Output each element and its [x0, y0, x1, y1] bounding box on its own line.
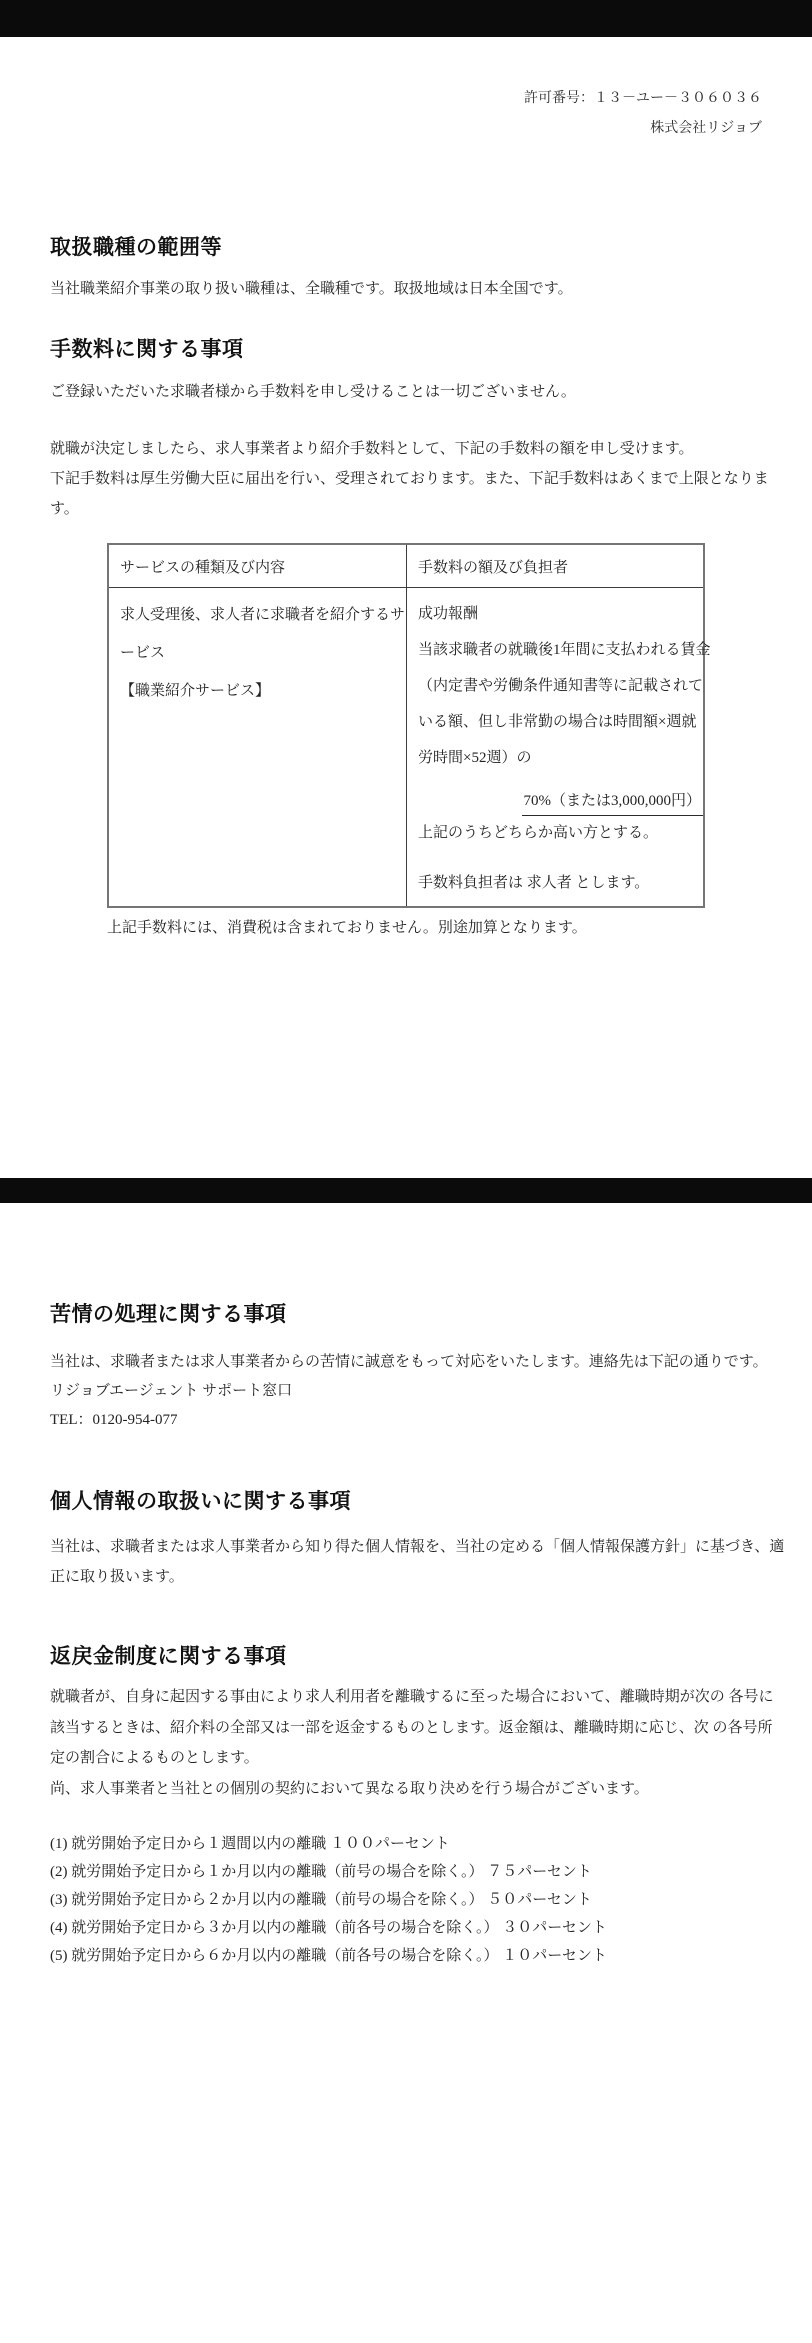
- fee-table-amount-cell: 成功報酬 当該求職者の就職後1年間に支払われる賃金 （内定書や労働条件通知書等に…: [407, 588, 703, 906]
- section-title-scope: 取扱職種の範囲等: [50, 231, 222, 261]
- service-line: 【職業紹介サービス】: [120, 672, 406, 710]
- fee-table-body-row: 求人受理後、求人者に求職者を紹介するサ ービス 【職業紹介サービス】 成功報酬 …: [109, 588, 703, 906]
- refund-item: (5) 就労開始予定日から６か月以内の離職（前各号の場合を除く。） １０パーセン…: [50, 1942, 607, 1970]
- service-line: ービス: [120, 634, 406, 672]
- permit-number: 許可番号：１３－ユー－３０６０３６: [524, 84, 762, 114]
- section-title-refund: 返戻金制度に関する事項: [50, 1640, 287, 1670]
- fee-table-header-service: サービスの種類及び内容: [109, 545, 407, 587]
- fees-paragraph-line1: 就職が決定しましたら、求人事業者より紹介手数料として、下記の手数料の額を申し受け…: [50, 434, 769, 464]
- fee-payer: 手数料負担者は 求人者 とします。: [418, 872, 703, 894]
- fee-line: いる額、但し非常勤の場合は時間額×週就: [418, 704, 703, 740]
- fee-table-header-amount: 手数料の額及び負担者: [407, 545, 703, 587]
- fee-table-note: 上記手数料には、消費税は含まれておりません。別途加算となります。: [107, 916, 587, 937]
- company-name: 株式会社リジョブ: [524, 114, 762, 144]
- scope-body: 当社職業紹介事業の取り扱い職種は、全職種です。取扱地域は日本全国です。: [50, 274, 573, 304]
- fee-rule: 上記のうちどちらか高い方とする。: [418, 816, 703, 850]
- refund-item: (2) 就労開始予定日から１か月以内の離職（前号の場合を除く。） ７５パーセント: [50, 1858, 607, 1886]
- fee-rate-underlined: 70%（または3,000,000円）: [522, 790, 704, 816]
- complaints-contact-tel: TEL：0120-954-077: [50, 1406, 768, 1435]
- page-separator-middle: [0, 1178, 812, 1203]
- document-page: 許可番号：１３－ユー－３０６０３６ 株式会社リジョブ 取扱職種の範囲等 当社職業…: [0, 0, 812, 2343]
- refund-body: 就職者が、自身に起因する事由により求人利用者を離職するに至った場合において、離職…: [50, 1682, 773, 1804]
- page-separator-top: [0, 0, 812, 37]
- complaints-contact-name: リジョブエージェント サポート窓口: [50, 1377, 768, 1406]
- section-title-privacy: 個人情報の取扱いに関する事項: [50, 1485, 351, 1515]
- fee-line: （内定書や労働条件通知書等に記載されて: [418, 668, 703, 704]
- fees-paragraph-line3: す。: [50, 494, 769, 524]
- fee-table-header-row: サービスの種類及び内容 手数料の額及び負担者: [109, 545, 703, 588]
- fee-line: 当該求職者の就職後1年間に支払われる賃金: [418, 632, 703, 668]
- fees-paragraph-line2: 下記手数料は厚生労働大臣に届出を行い、受理されております。また、下記手数料はあく…: [50, 464, 769, 494]
- refund-body-line: 該当するときは、紹介料の全部又は一部を返金するものとします。返金額は、離職時期に…: [50, 1713, 773, 1744]
- refund-item: (3) 就労開始予定日から２か月以内の離職（前号の場合を除く。） ５０パーセント: [50, 1886, 607, 1914]
- service-line: 求人受理後、求人者に求職者を紹介するサ: [120, 596, 406, 634]
- privacy-body: 当社は、求職者または求人事業者から知り得た個人情報を、当社の定める「個人情報保護…: [50, 1532, 784, 1592]
- privacy-body-line2: 正に取り扱います。: [50, 1562, 784, 1592]
- fee-line: 労時間×52週）の: [418, 740, 703, 776]
- privacy-body-line1: 当社は、求職者または求人事業者から知り得た個人情報を、当社の定める「個人情報保護…: [50, 1532, 784, 1562]
- fees-no-fee-paragraph: ご登録いただいた求職者様から手数料を申し受けることは一切ございません。: [50, 377, 576, 407]
- fee-table-service-cell: 求人受理後、求人者に求職者を紹介するサ ービス 【職業紹介サービス】: [109, 588, 407, 906]
- document-header: 許可番号：１３－ユー－３０６０３６ 株式会社リジョブ: [524, 84, 762, 144]
- fee-highlight-row: 70%（または3,000,000円）: [418, 790, 703, 816]
- refund-body-line: 定の割合によるものとします。: [50, 1743, 773, 1774]
- refund-body-line: 就職者が、自身に起因する事由により求人利用者を離職するに至った場合において、離職…: [50, 1682, 773, 1713]
- section-title-complaints: 苦情の処理に関する事項: [50, 1298, 287, 1328]
- refund-body-line: 尚、求人事業者と当社との個別の契約において異なる取り決めを行う場合がございます。: [50, 1774, 773, 1805]
- complaints-block: 当社は、求職者または求人事業者からの苦情に誠意をもって対応をいたします。連絡先は…: [50, 1348, 768, 1435]
- refund-item: (1) 就労開始予定日から１週間以内の離職 １００パーセント: [50, 1830, 607, 1858]
- complaints-body: 当社は、求職者または求人事業者からの苦情に誠意をもって対応をいたします。連絡先は…: [50, 1348, 768, 1377]
- fee-line: 成功報酬: [418, 596, 703, 632]
- fee-table: サービスの種類及び内容 手数料の額及び負担者 求人受理後、求人者に求職者を紹介す…: [107, 543, 705, 908]
- refund-items-list: (1) 就労開始予定日から１週間以内の離職 １００パーセント (2) 就労開始予…: [50, 1830, 607, 1970]
- fees-paragraph: 就職が決定しましたら、求人事業者より紹介手数料として、下記の手数料の額を申し受け…: [50, 434, 769, 524]
- refund-item: (4) 就労開始予定日から３か月以内の離職（前各号の場合を除く。） ３０パーセン…: [50, 1914, 607, 1942]
- section-title-fees: 手数料に関する事項: [50, 333, 244, 363]
